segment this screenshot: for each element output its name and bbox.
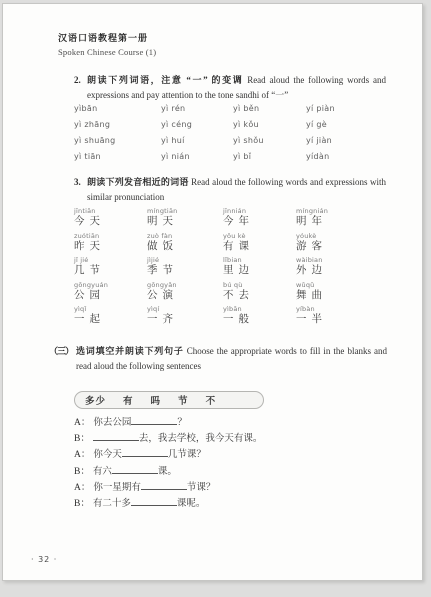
pinyin-item: yì rén xyxy=(161,104,233,120)
hanzi-label: 游客 xyxy=(296,240,394,254)
fill-blank xyxy=(112,465,158,474)
dialogue-line: B：有六课。 xyxy=(74,464,394,480)
pinyin-item: yì nián xyxy=(161,152,233,168)
dialogue-text: 你去公园 xyxy=(93,418,131,428)
pinyin-item: yídàn xyxy=(306,152,386,168)
word-pair: gōngyuán公园 xyxy=(74,281,147,306)
hanzi-label: 一半 xyxy=(296,313,394,327)
pinyin-label: jìjié xyxy=(147,256,223,264)
word-bank: 多少有吗节不 xyxy=(74,391,264,409)
speaker-label: A： xyxy=(74,418,90,428)
hanzi-label: 今天 xyxy=(74,215,147,229)
pinyin-item: yì shuāng xyxy=(74,136,161,152)
word-pair: jīntiān今天 xyxy=(74,207,147,232)
word-bank-item: 不 xyxy=(206,393,217,407)
hanzi-label: 不去 xyxy=(223,289,296,303)
word-bank-item: 节 xyxy=(178,393,189,407)
pinyin-label: yíbàn xyxy=(296,305,394,313)
dialogue-line: A：你去公园？ xyxy=(74,415,394,431)
pinyin-label: wǔqǔ xyxy=(296,281,394,289)
pinyin-label: bú qù xyxy=(223,281,296,289)
speaker-label: B： xyxy=(74,467,90,477)
dialogue-text: 节课？ xyxy=(187,483,216,493)
hanzi-label: 一齐 xyxy=(147,313,223,327)
pinyin-item: yì tiān xyxy=(74,152,161,168)
pinyin-item: yì běn xyxy=(233,104,306,120)
pinyin-label: yǒu kè xyxy=(223,232,296,240)
hanzi-label: 里边 xyxy=(223,264,296,278)
word-pair: gōngyǎn公演 xyxy=(147,281,223,306)
hanzi-label: 一起 xyxy=(74,313,147,327)
word-pair: míngnián明年 xyxy=(296,207,394,232)
pinyin-label: zuò fàn xyxy=(147,232,223,240)
fill-blank xyxy=(122,448,168,457)
pinyin-item: yì kǒu xyxy=(233,120,306,136)
pinyin-label: yìqǐ xyxy=(74,305,147,313)
pinyin-label: jīnnián xyxy=(223,207,296,215)
hanzi-label: 一般 xyxy=(223,313,296,327)
hanzi-label: 明天 xyxy=(147,215,223,229)
section2-heading: 2. 朗读下列词语，注意 “一” 的变调 Read aloud the foll… xyxy=(74,73,386,103)
book-title-english: Spoken Chinese Course (1) xyxy=(58,47,156,57)
hanzi-label: 昨天 xyxy=(74,240,147,254)
speaker-label: B： xyxy=(74,434,90,444)
word-bank-item: 有 xyxy=(123,393,134,407)
hanzi-label: 公园 xyxy=(74,289,147,303)
tone-sandhi-grid: yìbānyì rényì běnyí piànyì zhāngyì céngy… xyxy=(74,104,386,168)
word-pair: wàibian外边 xyxy=(296,256,394,281)
section2-instruction: 朗读下列词语，注意 “一” 的变调 Read aloud the followi… xyxy=(87,73,386,103)
dialogue-text: 有六 xyxy=(93,467,112,477)
hanzi-label: 几节 xyxy=(74,264,147,278)
dialogue-line: B：去，我去学校，我今天有课。 xyxy=(74,431,394,447)
exercise-three-instruction: 选词填空并朗读下列句子 Choose the appropriate words… xyxy=(76,344,387,374)
word-pair: yóukè游客 xyxy=(296,232,394,257)
exercise-three-heading: （三） 选词填空并朗读下列句子 Choose the appropriate w… xyxy=(49,344,387,374)
hanzi-label: 公演 xyxy=(147,289,223,303)
dialogue-text: 你今天 xyxy=(93,450,122,460)
word-bank-item: 吗 xyxy=(151,393,162,407)
pinyin-label: gōngyuán xyxy=(74,281,147,289)
word-pair: yìqǐ一起 xyxy=(74,305,147,330)
section3-instruction: 朗读下列发音相近的词语 Read aloud the following wor… xyxy=(87,175,386,205)
pinyin-label: gōngyǎn xyxy=(147,281,223,289)
page-header: 汉语口语教程第一册 Spoken Chinese Course (1) xyxy=(58,31,156,57)
dialogue-text: ？ xyxy=(177,418,187,428)
speaker-label: A： xyxy=(74,483,90,493)
pinyin-label: míngtiān xyxy=(147,207,223,215)
dialogue-text: 课呢。 xyxy=(177,499,206,509)
dialogue-line: B：有二十多课呢。 xyxy=(74,496,394,512)
pinyin-item: yì shǒu xyxy=(233,136,306,152)
pinyin-item: yì huí xyxy=(161,136,233,152)
dialogue-line: A：你一星期有节课？ xyxy=(74,480,394,496)
pinyin-label: lǐbian xyxy=(223,256,296,264)
dialogue: A：你去公园？B：去，我去学校，我今天有课。A：你今天几节课？B：有六课。A：你… xyxy=(74,415,394,512)
pinyin-item: yìbān xyxy=(74,104,161,120)
dialogue-text: 有二十多 xyxy=(93,499,131,509)
word-pair: míngtiān明天 xyxy=(147,207,223,232)
pinyin-item: yì céng xyxy=(161,120,233,136)
fill-blank xyxy=(93,432,139,441)
hanzi-label: 有课 xyxy=(223,240,296,254)
dialogue-line: A：你今天几节课？ xyxy=(74,447,394,463)
book-page: 汉语口语教程第一册 Spoken Chinese Course (1) 2. 朗… xyxy=(2,3,423,581)
speaker-label: B： xyxy=(74,499,90,509)
hanzi-label: 做饭 xyxy=(147,240,223,254)
word-pair: lǐbian里边 xyxy=(223,256,296,281)
word-pair: yǒu kè有课 xyxy=(223,232,296,257)
pinyin-label: jǐ jié xyxy=(74,256,147,264)
pinyin-label: jīntiān xyxy=(74,207,147,215)
pinyin-item: yì zhāng xyxy=(74,120,161,136)
pinyin-label: yìqí xyxy=(147,305,223,313)
word-pair: yìbān一般 xyxy=(223,305,296,330)
hanzi-label: 舞曲 xyxy=(296,289,394,303)
hanzi-label: 季节 xyxy=(147,264,223,278)
pinyin-item: yí jiàn xyxy=(306,136,386,152)
dialogue-text: 几节课？ xyxy=(168,450,206,460)
word-pair: yíbàn一半 xyxy=(296,305,394,330)
word-pair: zuò fàn做饭 xyxy=(147,232,223,257)
pinyin-label: zuótiān xyxy=(74,232,147,240)
word-pair: jìjié季节 xyxy=(147,256,223,281)
word-pair: wǔqǔ舞曲 xyxy=(296,281,394,306)
exercise-three-number: （三） xyxy=(49,344,76,359)
hanzi-label: 明年 xyxy=(296,215,394,229)
pinyin-label: yìbān xyxy=(223,305,296,313)
fill-blank xyxy=(131,497,177,506)
section2-instruction-zh: 朗读下列词语，注意 “一” 的变调 xyxy=(87,75,247,85)
pinyin-item: yì bǐ xyxy=(233,152,306,168)
speaker-label: A： xyxy=(74,450,90,460)
section3-number: 3. xyxy=(74,175,87,190)
pinyin-item: yí gè xyxy=(306,120,386,136)
dialogue-text: 你一星期有 xyxy=(93,483,141,493)
word-bank-item: 多少 xyxy=(85,393,106,407)
similar-pronunciation-grid: jīntiān今天míngtiān明天jīnnián今年míngnián明年zu… xyxy=(74,207,394,330)
word-pair: jīnnián今年 xyxy=(223,207,296,232)
hanzi-label: 今年 xyxy=(223,215,296,229)
hanzi-label: 外边 xyxy=(296,264,394,278)
pinyin-label: míngnián xyxy=(296,207,394,215)
book-title-chinese: 汉语口语教程第一册 xyxy=(58,31,156,44)
word-pair: jǐ jié几节 xyxy=(74,256,147,281)
fill-blank xyxy=(141,481,187,490)
section3-heading: 3. 朗读下列发音相近的词语 Read aloud the following … xyxy=(74,175,386,205)
section3-instruction-zh: 朗读下列发音相近的词语 xyxy=(87,177,191,187)
word-pair: zuótiān昨天 xyxy=(74,232,147,257)
dialogue-text: 课。 xyxy=(158,467,177,477)
word-pair: bú qù不去 xyxy=(223,281,296,306)
section2-number: 2. xyxy=(74,73,87,88)
dialogue-text: 去，我去学校，我今天有课。 xyxy=(139,434,263,444)
exercise-three-instruction-zh: 选词填空并朗读下列句子 xyxy=(76,346,187,356)
page-number: · 32 · xyxy=(31,555,57,564)
fill-blank xyxy=(131,416,177,425)
word-pair: yìqí一齐 xyxy=(147,305,223,330)
pinyin-label: yóukè xyxy=(296,232,394,240)
pinyin-item: yí piàn xyxy=(306,104,386,120)
pinyin-label: wàibian xyxy=(296,256,394,264)
